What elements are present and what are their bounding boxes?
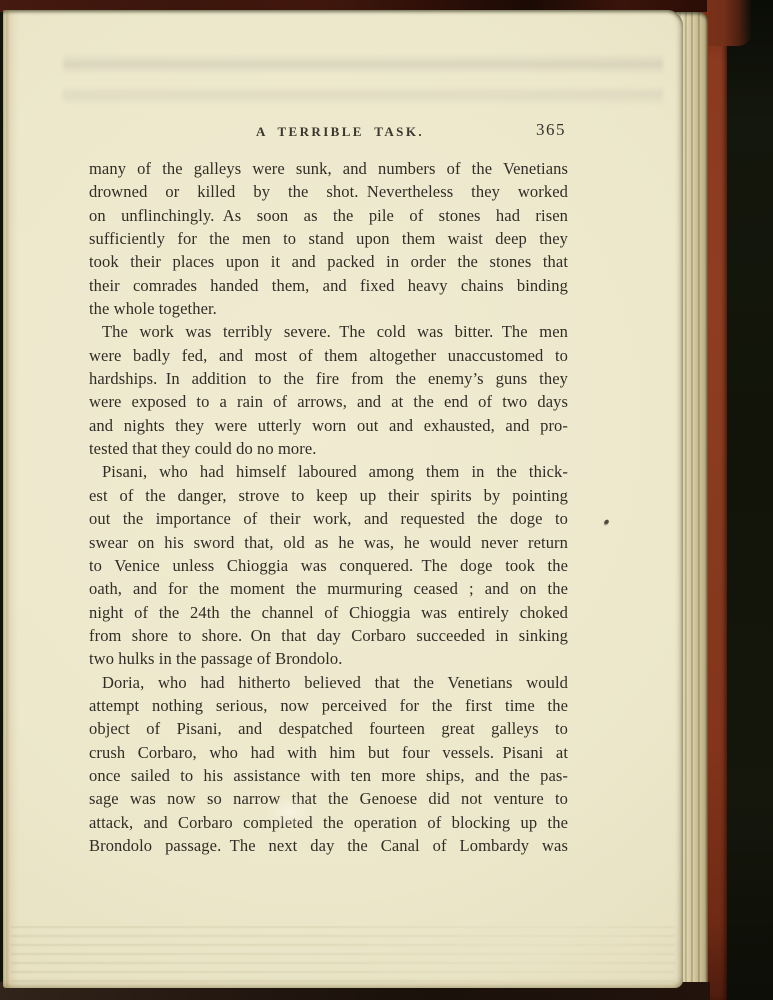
text-line: tested that they could do no more. [89,437,568,460]
text-line: two hulks in the passage of Brondolo. [89,647,568,670]
text-line: est of the danger, strove to keep up the… [89,484,568,507]
text-line: oath, and for the moment the murmuring c… [89,577,568,600]
text-line: and nights they were utterly worn out an… [89,414,568,437]
scanned-book-photo: A TERRIBLE TASK. 365 many of the galleys… [0,0,773,1000]
text-line: The work was terribly severe. The cold w… [89,320,568,343]
text-line: swear on his sword that, old as he was, … [89,531,568,554]
paragraph: many of the galleys were sunk, and numbe… [89,157,568,320]
text-line: out the importance of their work, and re… [89,507,568,530]
scan-streaks-top [63,54,663,112]
text-line: night of the 24th the channel of Chioggi… [89,601,568,624]
text-line: object of Pisani, and despatched fourtee… [89,717,568,740]
text-line: attack, and Corbaro completed the operat… [89,811,568,834]
text-line: sage was now so narrow that the Genoese … [89,787,568,810]
text-line: attempt nothing serious, now perceived f… [89,694,568,717]
text-line: to Venice unless Chioggia was conquered.… [89,554,568,577]
text-line: took their places upon it and packed in … [89,250,568,273]
body-text: many of the galleys were sunk, and numbe… [89,157,568,857]
page-bottom-edges [11,926,675,988]
book-page: A TERRIBLE TASK. 365 many of the galleys… [3,10,683,988]
running-head: A TERRIBLE TASK. 365 [88,122,568,144]
text-line: on unflinchingly. As soon as the pile of… [89,204,568,227]
text-line: the whole together. [89,297,568,320]
text-line: crush Corbaro, who had with him but four… [89,741,568,764]
running-head-title: A TERRIBLE TASK. [88,124,568,140]
text-line: sufficiently for the men to stand upon t… [89,227,568,250]
text-line: Pisani, who had himself laboured among t… [89,460,568,483]
text-line: once sailed to his assistance with ten m… [89,764,568,787]
paragraph: Pisani, who had himself laboured among t… [89,460,568,670]
text-line: from shore to shore. On that day Corbaro… [89,624,568,647]
page-gutter-crease [6,10,20,988]
text-line: Brondolo passage. The next day the Canal… [89,834,568,857]
text-line: were exposed to a rain of arrows, and at… [89,390,568,413]
paragraph: The work was terribly severe. The cold w… [89,320,568,460]
text-line: hardships. In addition to the fire from … [89,367,568,390]
paragraph: Doria, who had hitherto believed that th… [89,671,568,858]
text-line: their comrades handed them, and fixed he… [89,274,568,297]
text-line: many of the galleys were sunk, and numbe… [89,157,568,180]
text-line: Doria, who had hitherto believed that th… [89,671,568,694]
scan-smudge [255,792,325,832]
text-line: were badly fed, and most of them altoget… [89,344,568,367]
page-number: 365 [536,120,566,140]
text-line: drowned or killed by the shot. Neverthel… [89,180,568,203]
